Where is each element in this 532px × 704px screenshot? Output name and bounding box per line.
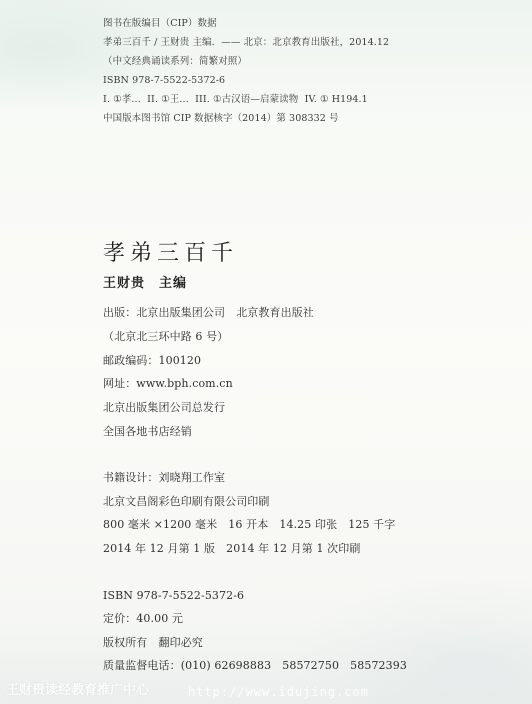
watermark-url: http://www.idujing.com xyxy=(188,683,369,701)
book-title: 孝弟三百千 xyxy=(103,240,238,268)
cip-heading: 图书在版编目（CIP）数据 xyxy=(103,17,217,31)
edition-info: 2014 年 12 月第 1 版 2014 年 12 月第 1 次印刷 xyxy=(103,541,360,557)
book-editor: 王财贵 主编 xyxy=(103,275,187,293)
print-specs: 800 毫米 ×1200 毫米 16 开本 14.25 印张 125 千字 xyxy=(103,517,395,533)
printer: 北京文昌阁彩色印刷有限公司印刷 xyxy=(103,494,270,510)
cip-core-number: 中国版本图书馆 CIP 数据核字（2014）第 308332 号 xyxy=(103,112,339,126)
cip-record: 孝弟三百千 / 王财贵 主编．—— 北京：北京教育出版社，2014.12 xyxy=(103,36,389,50)
cip-isbn: ISBN 978-7-5522-5372-6 xyxy=(103,74,225,88)
publisher-line: 出版：北京出版集团公司 北京教育出版社 xyxy=(103,305,314,321)
price: 定价：40.00 元 xyxy=(103,611,183,627)
publisher-retail: 全国各地书店经销 xyxy=(103,424,192,440)
publisher-postcode: 邮政编码：100120 xyxy=(103,353,201,369)
quality-hotline: 质量监督电话：(010) 62698883 58572750 58572393 xyxy=(103,658,407,674)
copyright-page: 图书在版编目（CIP）数据 孝弟三百千 / 王财贵 主编．—— 北京：北京教育出… xyxy=(0,0,532,704)
footer-isbn: ISBN 978-7-5522-5372-6 xyxy=(103,588,244,604)
cip-classification: I. ①孝… II. ①王… III. ①古汉语—启蒙读物 IV. ① H194… xyxy=(103,93,368,107)
cip-series: （中文经典诵读系列：简繁对照） xyxy=(103,55,247,69)
watermark-org: 王财贵读经教育推广中心 xyxy=(6,682,149,700)
book-design: 书籍设计：刘晓翔工作室 xyxy=(103,470,225,486)
publisher-distribution: 北京出版集团公司总发行 xyxy=(103,400,225,416)
publisher-address: （北京北三环中路 6 号） xyxy=(103,329,228,345)
copyright-notice: 版权所有 翻印必究 xyxy=(103,635,203,651)
publisher-website: 网址：www.bph.com.cn xyxy=(103,376,233,392)
